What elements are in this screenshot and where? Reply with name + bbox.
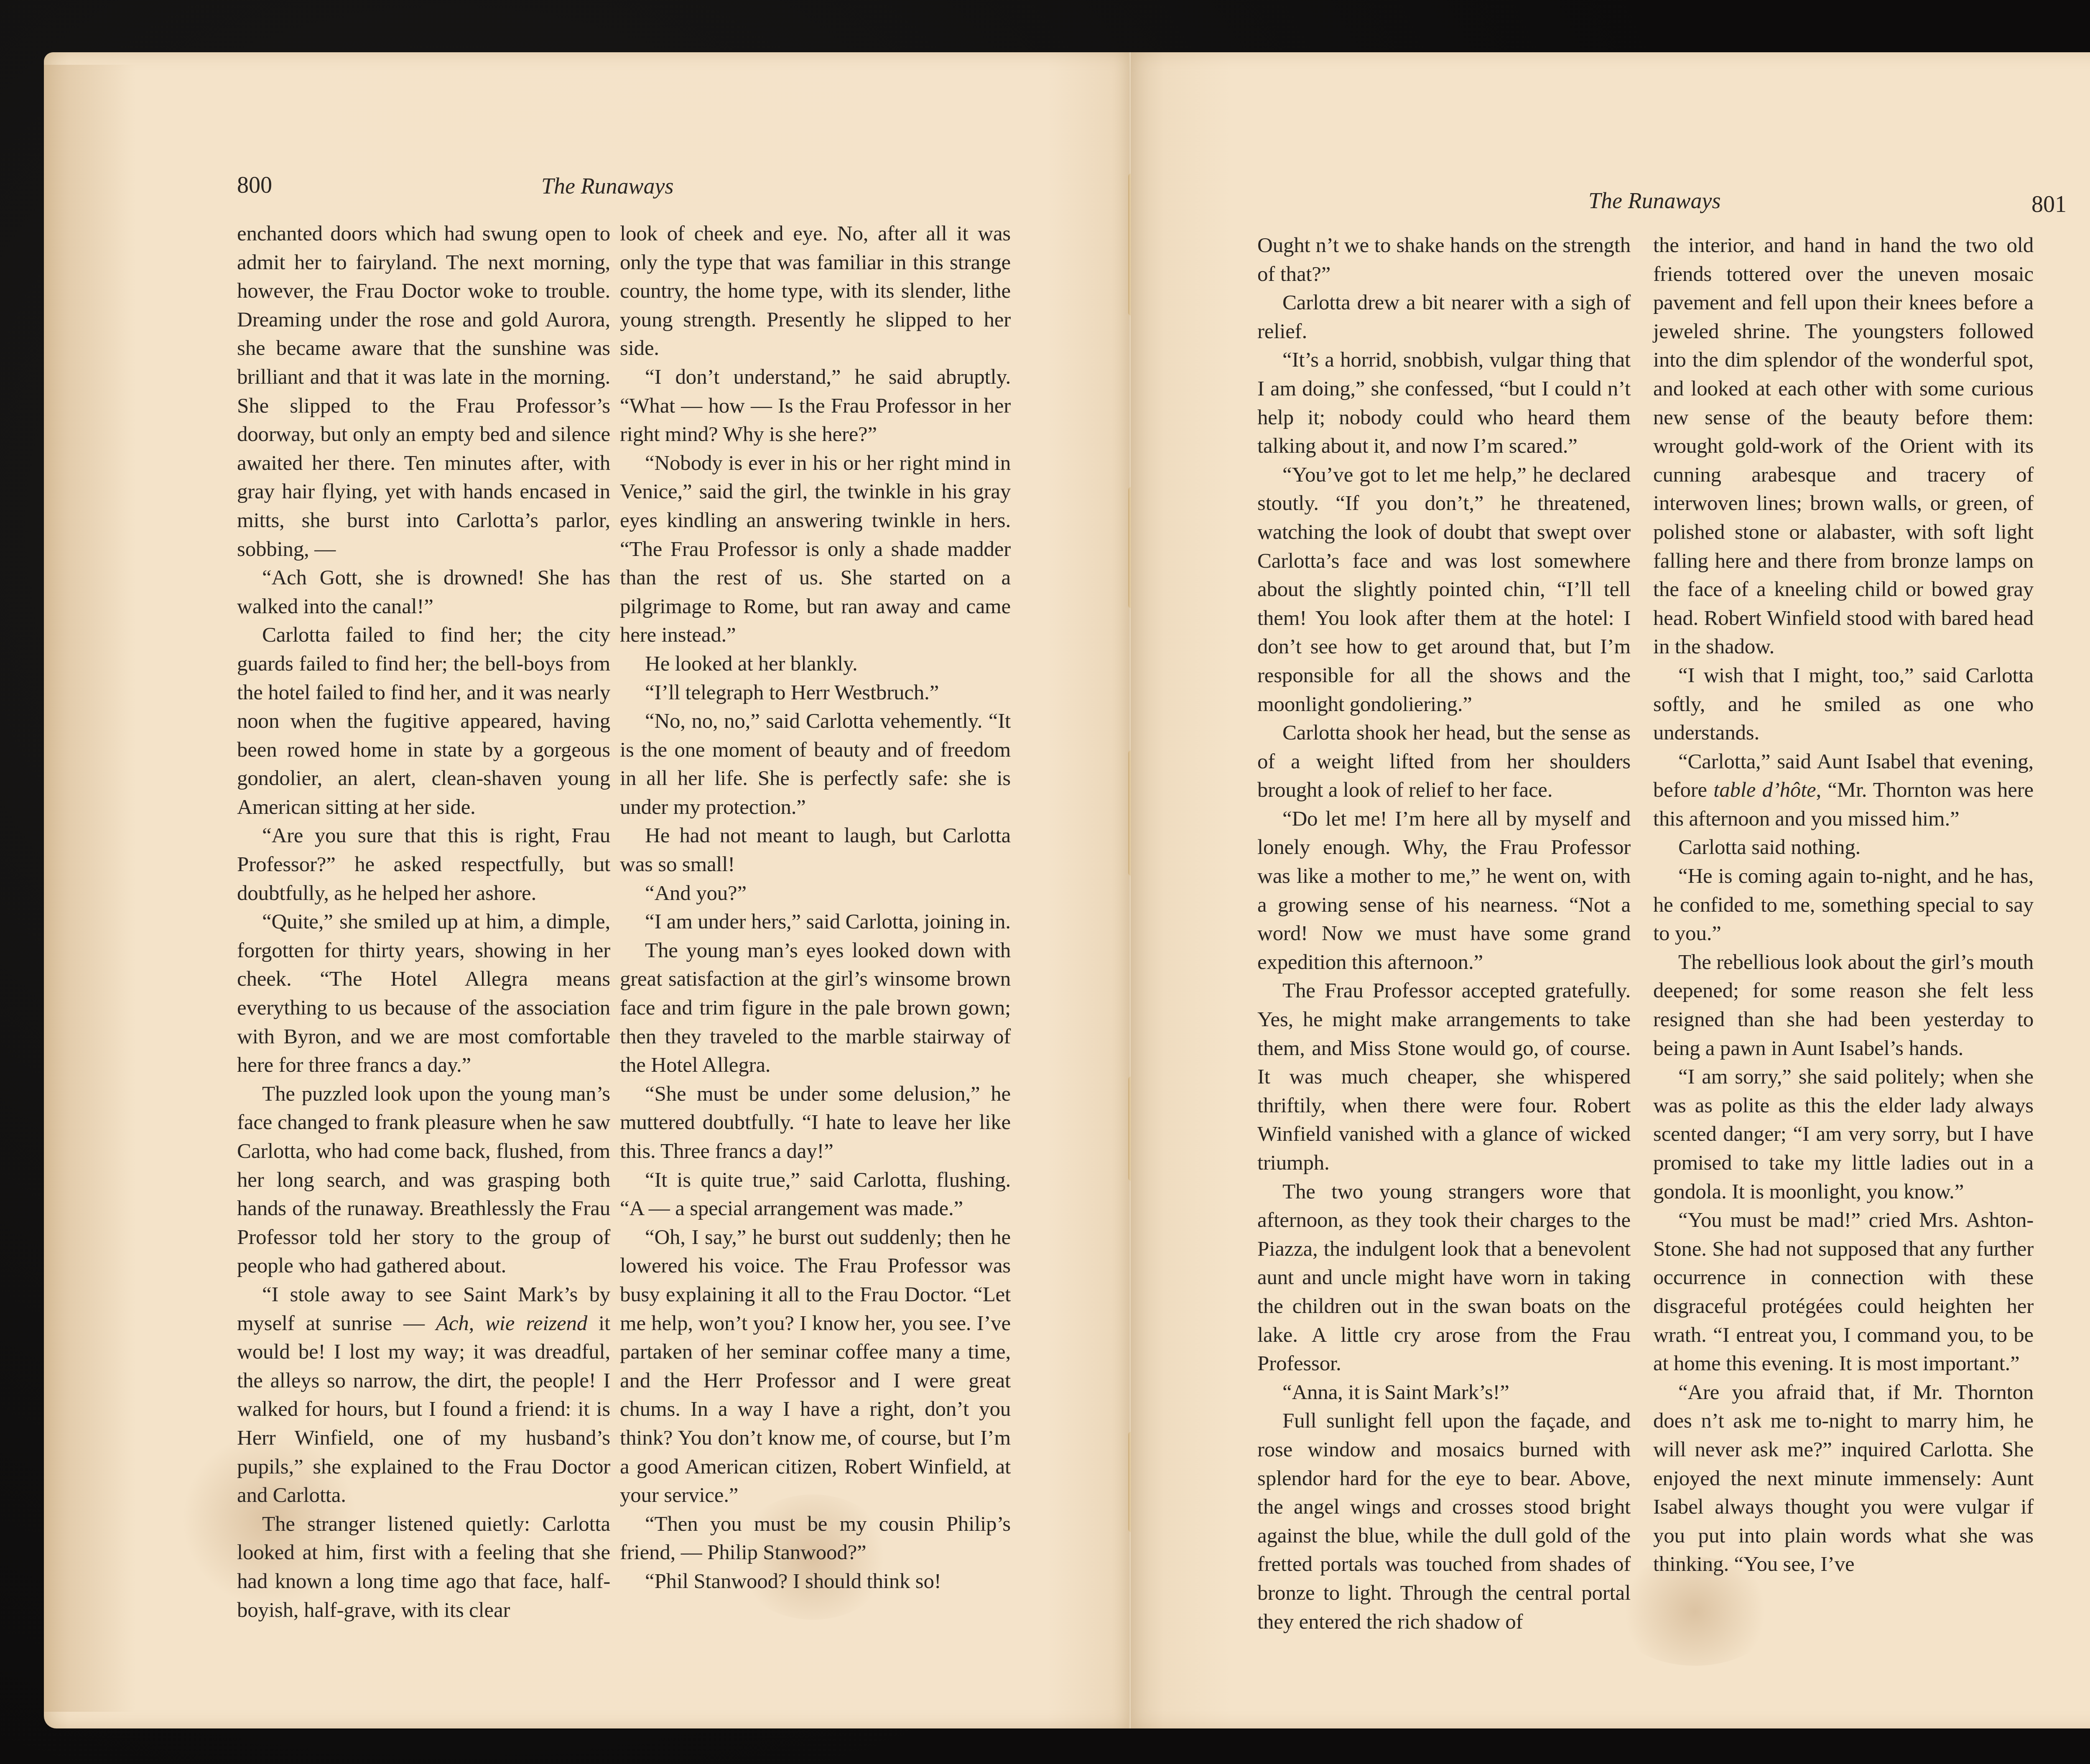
paragraph: “I am sorry,” she said politely; when sh… bbox=[1653, 1063, 2034, 1206]
left-page: 800 The Runaways enchanted doors which h… bbox=[44, 52, 1131, 1728]
paragraph: enchanted doors which had swung open to … bbox=[237, 219, 610, 563]
paragraph: Carlotta said nothing. bbox=[1653, 833, 2034, 862]
paragraph: “Ach Gott, she is drowned! She has walke… bbox=[237, 563, 610, 621]
paragraph: “I don’t understand,” he said abruptly. … bbox=[620, 363, 1011, 449]
paragraph: “Are you sure that this is right, Frau P… bbox=[237, 821, 610, 907]
paragraph: “Are you afraid that, if Mr. Thornton do… bbox=[1653, 1378, 2034, 1579]
paragraph: The two young strangers wore that aftern… bbox=[1257, 1178, 1631, 1378]
paragraph: “She must be under some delusion,” he mu… bbox=[620, 1080, 1011, 1166]
paragraph: Carlotta shook her head, but the sense a… bbox=[1257, 719, 1631, 805]
paragraph: The rebellious look about the girl’s mou… bbox=[1653, 948, 2034, 1063]
paragraph: “Quite,” she smiled up at him, a dimple,… bbox=[237, 907, 610, 1080]
paragraph: “Anna, it is Saint Mark’s!” bbox=[1257, 1378, 1631, 1407]
page-number: 801 bbox=[2031, 193, 2067, 216]
paragraph: The puzzled look upon the young man’s fa… bbox=[237, 1080, 610, 1280]
text-column-left-2: look of cheek and eye. No, after all it … bbox=[620, 219, 1011, 1596]
paragraph: “And you?” bbox=[620, 879, 1011, 908]
paragraph: “Carlotta,” said Aunt Isabel that evenin… bbox=[1653, 747, 2034, 834]
right-page: The Runaways 801 Ought n’t we to shake h… bbox=[1131, 52, 2090, 1728]
paragraph: “No, no, no,” said Carlotta vehemently. … bbox=[620, 707, 1011, 821]
paragraph: “It is quite true,” said Carlotta, flush… bbox=[620, 1166, 1011, 1223]
paragraph: the interior, and hand in hand the two o… bbox=[1653, 231, 2034, 661]
page-edge-shading bbox=[44, 65, 136, 1712]
paragraph: The stranger listened quietly: Carlotta … bbox=[237, 1510, 610, 1624]
paragraph: The young man’s eyes looked down with gr… bbox=[620, 936, 1011, 1080]
paragraph: “You must be mad!” cried Mrs. Ashton-Sto… bbox=[1653, 1206, 2034, 1378]
running-title: The Runaways bbox=[1588, 189, 1721, 212]
paragraph: “Do let me! I’m here all by myself and l… bbox=[1257, 805, 1631, 977]
paragraph: “I am under hers,” said Carlotta, joinin… bbox=[620, 907, 1011, 936]
paragraph: “I’ll telegraph to Herr Westbruch.” bbox=[620, 678, 1011, 707]
paragraph: He had not meant to laugh, but Carlotta … bbox=[620, 821, 1011, 879]
text-column-right-2: the interior, and hand in hand the two o… bbox=[1653, 231, 2034, 1579]
paragraph: look of cheek and eye. No, after all it … bbox=[620, 219, 1011, 363]
paragraph: “I stole away to see Saint Mark’s by mys… bbox=[237, 1280, 610, 1510]
text-column-right-1: Ought n’t we to shake hands on the stren… bbox=[1257, 231, 1631, 1636]
text-run: it would be! I lost my way; it was dread… bbox=[237, 1312, 610, 1507]
paragraph: “Phil Stanwood? I should think so! bbox=[620, 1567, 1011, 1596]
paragraph: Ought n’t we to shake hands on the stren… bbox=[1257, 231, 1631, 288]
paragraph: “Oh, I say,” he burst out suddenly; then… bbox=[620, 1223, 1011, 1510]
paragraph: Carlotta drew a bit nearer with a sigh o… bbox=[1257, 288, 1631, 346]
paragraph: “He is coming again to-night, and he has… bbox=[1653, 862, 2034, 948]
paragraph: “I wish that I might, too,” said Carlott… bbox=[1653, 661, 2034, 747]
italic-phrase: table d’hôte bbox=[1713, 778, 1816, 802]
paragraph: “It’s a horrid, snobbish, vulgar thing t… bbox=[1257, 346, 1631, 460]
paragraph: “You’ve got to let me help,” he declared… bbox=[1257, 461, 1631, 719]
open-book-spread: 800 The Runaways enchanted doors which h… bbox=[44, 52, 2090, 1728]
paragraph: He looked at her blankly. bbox=[620, 650, 1011, 678]
page-number: 800 bbox=[237, 173, 272, 197]
text-column-left-1: enchanted doors which had swung open to … bbox=[237, 219, 610, 1624]
paragraph: The Frau Professor accepted gratefully. … bbox=[1257, 976, 1631, 1177]
running-title: The Runaways bbox=[541, 175, 674, 197]
paragraph: Full sunlight fell upon the façade, and … bbox=[1257, 1407, 1631, 1636]
paragraph: “Nobody is ever in his or her right mind… bbox=[620, 449, 1011, 650]
paragraph: Carlotta failed to find her; the city gu… bbox=[237, 621, 610, 821]
paragraph: “Then you must be my cousin Philip’s fri… bbox=[620, 1510, 1011, 1567]
italic-phrase: Ach, wie reizend bbox=[436, 1312, 587, 1335]
